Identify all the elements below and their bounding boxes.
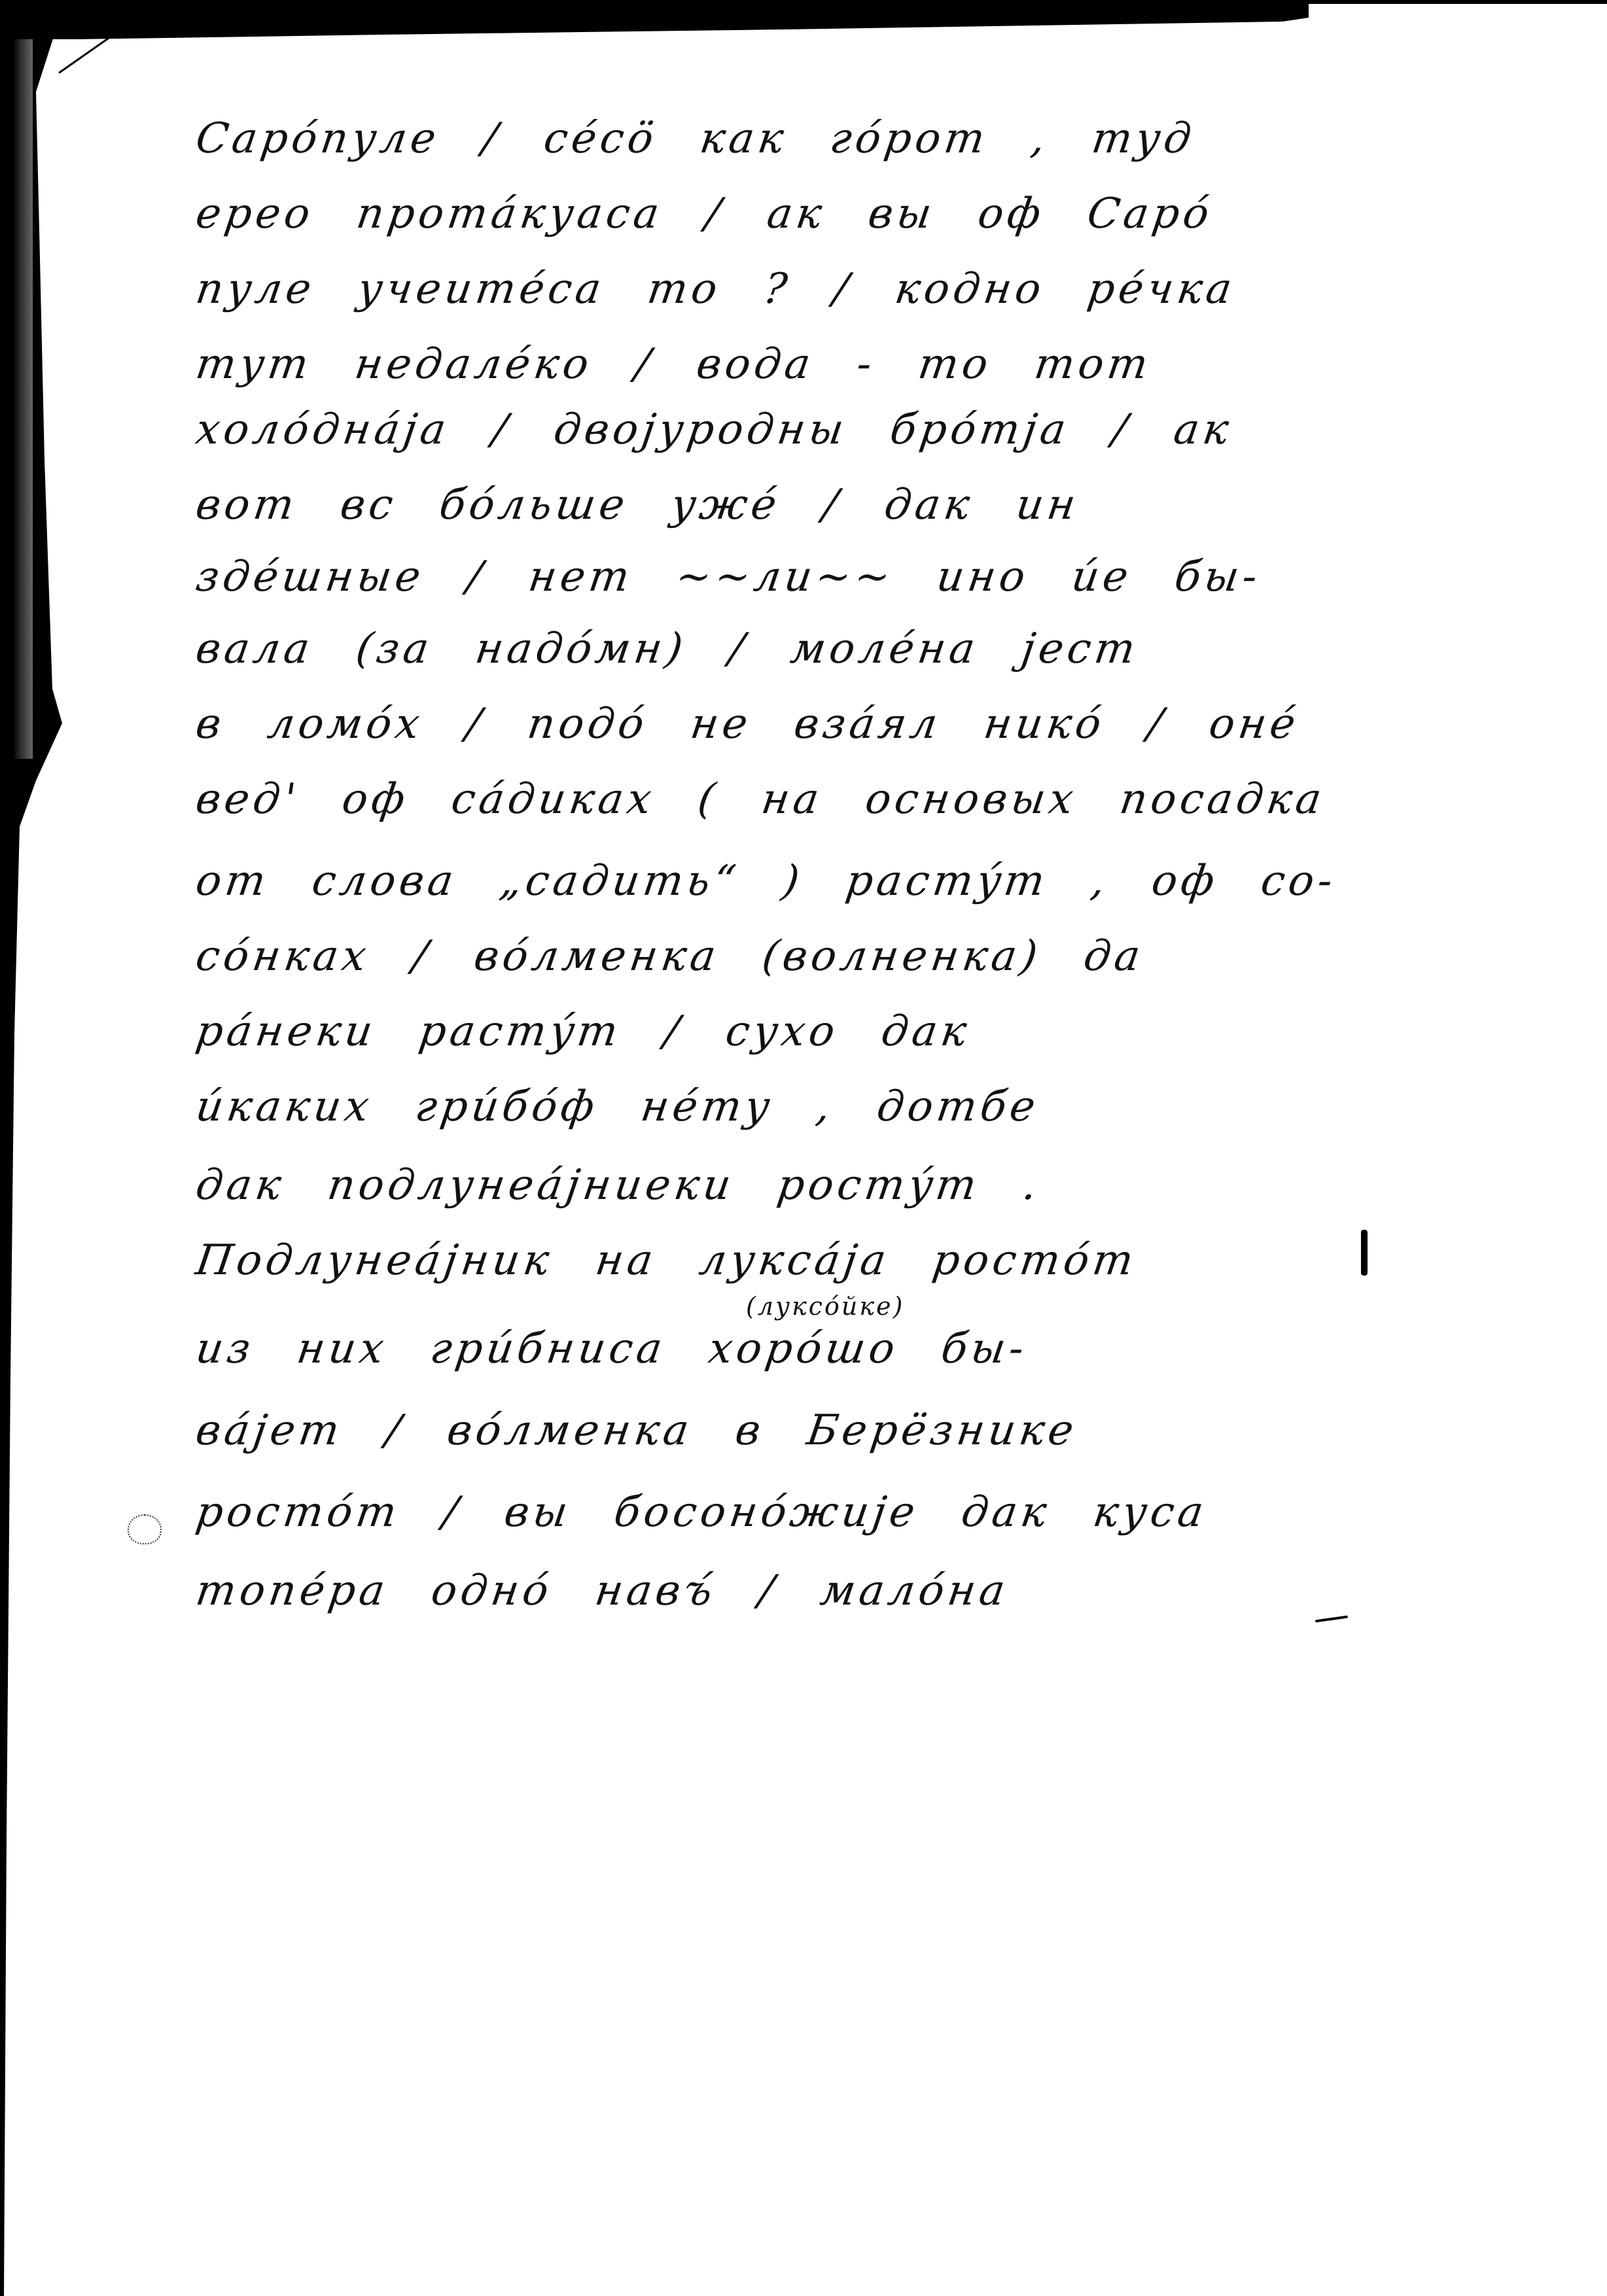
text-line-6: вот вс бо́льше уже́ / дак ин	[194, 484, 1364, 526]
text-line-1: Саро́пуле / се́сӧ как го́рот , туд	[194, 118, 1364, 160]
text-line-2: ерео прота́куаса / ак вы оф Саро́	[194, 193, 1364, 235]
text-line-16: Подлунеа́јник на лукса́ја ростóт	[194, 1240, 1364, 1281]
text-line-12: со́нках / во́лменка (волненка) да	[194, 935, 1364, 977]
text-line-11: от слова „садить“ ) растýт , оф со-	[194, 860, 1364, 902]
text-line-17: из них гри́бниса хоро́шо бы-	[194, 1328, 1364, 1370]
text-line-9: в ломо́х / подо́ не вза́ял нико́ / оне́	[194, 703, 1364, 745]
text-line-19: ростóт / вы босонóжије дак куса	[194, 1491, 1364, 1533]
text-line-10: вед' оф са́диках ( на основых посадка	[194, 778, 1364, 820]
text-line-13: ра́неки растýт / сухо дак	[194, 1011, 1364, 1052]
text-line-15: дак подлунеа́јниеки ростýт .	[194, 1164, 1364, 1206]
text-line-14: и́каких гри́бо́ф не́ту , дотбе	[194, 1086, 1364, 1128]
text-line-4: тут недале́ко / вода - то тот	[194, 343, 1364, 385]
text-line-5: холо́дна́ја / двојуродны бро́тја / ак	[194, 409, 1364, 451]
text-line-3: пуле учеите́са то ? / кодно ре́чка	[194, 268, 1364, 310]
text-line-18: ва́јет / во́лменка в Берёзнике	[194, 1410, 1364, 1452]
text-line-7: зде́шные / нет ~~ли~~ ино и́е бы-	[194, 556, 1364, 598]
handwritten-page: Саро́пуле / се́сӧ как го́рот , туд ерео …	[0, 0, 1607, 2296]
text-line-20: топе́ра одно́ навъ́ / мало́на	[194, 1570, 1364, 1612]
interlinear-annotation: (луксо́йке)	[746, 1292, 904, 1321]
text-line-8: вала (за надо́мн) / моле́на јест	[194, 628, 1364, 670]
